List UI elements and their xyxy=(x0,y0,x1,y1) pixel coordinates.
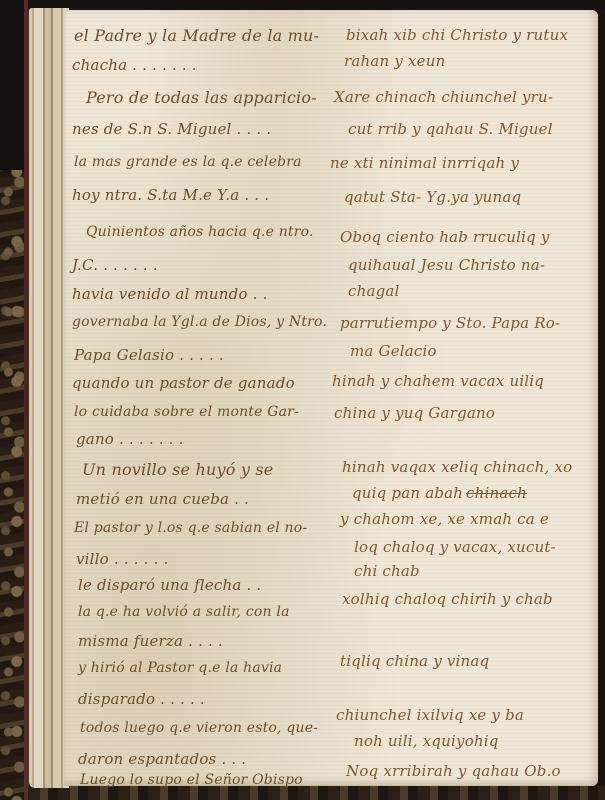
text-line: qatut Sta- Yg.ya yunaq xyxy=(344,188,521,206)
text-line: misma fuerza . . . . xyxy=(78,632,223,650)
text-line: metió en una cueba . . xyxy=(76,490,249,508)
text-line: la q.e ha volvió a salir, con la xyxy=(78,604,290,620)
text-line: chi chab xyxy=(354,562,420,580)
text-line: governaba la Ygl.a de Dios, y Ntro. xyxy=(72,314,327,330)
text-line: hinah vaqax xeliq chinach, xo xyxy=(342,458,572,476)
text-line: quiq pan abah xyxy=(352,484,463,502)
text-line: cut rrib y qahau S. Miguel xyxy=(348,120,553,138)
text-line: villo . . . . . . xyxy=(76,550,169,568)
text-line: xolhiq chaloq chirih y chab xyxy=(342,590,553,608)
text-line: parrutiempo y Sto. Papa Ro- xyxy=(340,314,560,332)
text-line: noh uili, xquiyohiq xyxy=(354,732,499,750)
text-line: chagal xyxy=(348,282,400,300)
text-line: J.C. . . . . . . xyxy=(72,256,158,274)
text-line: bixah xib chi Christo y rutux xyxy=(346,26,568,44)
text-line: gano . . . . . . . xyxy=(76,430,184,448)
text-line: hoy ntra. S.ta M.e Y.a . . . xyxy=(72,186,269,204)
text-line: china y yuq Gargano xyxy=(334,404,495,422)
text-line: havia venido al mundo . . xyxy=(72,285,268,303)
text-line: quando un pastor de ganado xyxy=(72,374,295,392)
text-line: chiunchel ixilviq xe y ba xyxy=(336,706,524,724)
text-line: Oboq ciento hab rruculiq y xyxy=(340,228,550,246)
text-line: el Padre y la Madre de la mu- xyxy=(74,26,319,45)
bottom-edge xyxy=(28,786,605,800)
text-line: disparado . . . . . xyxy=(78,690,205,708)
text-line: loq chaloq y vacax, xucut- xyxy=(354,538,556,556)
text-line: todos luego q.e vieron esto, que- xyxy=(80,720,318,736)
text-line: ne xti ninimal inrriqah y xyxy=(330,154,519,172)
text-line: y chahom xe, xe xmah ca e xyxy=(340,510,549,528)
text-line: quihaual Jesu Christo na- xyxy=(348,256,545,274)
text-line: Luego lo supo el Señor Obispo xyxy=(80,772,303,788)
text-line: le disparó una flecha . . xyxy=(78,576,261,594)
manuscript-page: el Padre y la Madre de la mu- chacha . .… xyxy=(64,10,598,786)
text-line: ma Gelacio xyxy=(350,342,437,360)
text-line: daron espantados . . . xyxy=(78,750,246,768)
struck-text: chinach xyxy=(466,484,527,502)
text-line: chacha . . . . . . . xyxy=(72,56,197,74)
text-line: lo cuidaba sobre el monte Gar- xyxy=(74,404,299,420)
text-line: hinah y chahem vacax uiliq xyxy=(332,372,544,390)
text-line: Xare chinach chiunchel yru- xyxy=(334,88,553,106)
text-line: rahan y xeun xyxy=(344,52,445,70)
text-line: la mas grande es la q.e celebra xyxy=(74,154,302,170)
text-line: y hirió al Pastor q.e la havia xyxy=(78,660,282,676)
text-line: Quinientos años hacia q.e ntro. xyxy=(86,224,314,240)
text-line: Noq xrribirah y qahau Ob.o xyxy=(346,762,561,780)
text-line: Papa Gelasio . . . . . xyxy=(74,346,224,364)
text-line: Pero de todas las apparicio- xyxy=(86,88,317,107)
top-edge xyxy=(28,0,605,10)
text-line: nes de S.n S. Miguel . . . . xyxy=(72,120,271,138)
text-line: Un novillo se huyó y se xyxy=(82,460,273,479)
text-line: El pastor y l.os q.e sabian el no- xyxy=(74,520,307,536)
page-stack xyxy=(29,8,69,788)
text-line: tiqliq china y vinaq xyxy=(340,652,489,670)
